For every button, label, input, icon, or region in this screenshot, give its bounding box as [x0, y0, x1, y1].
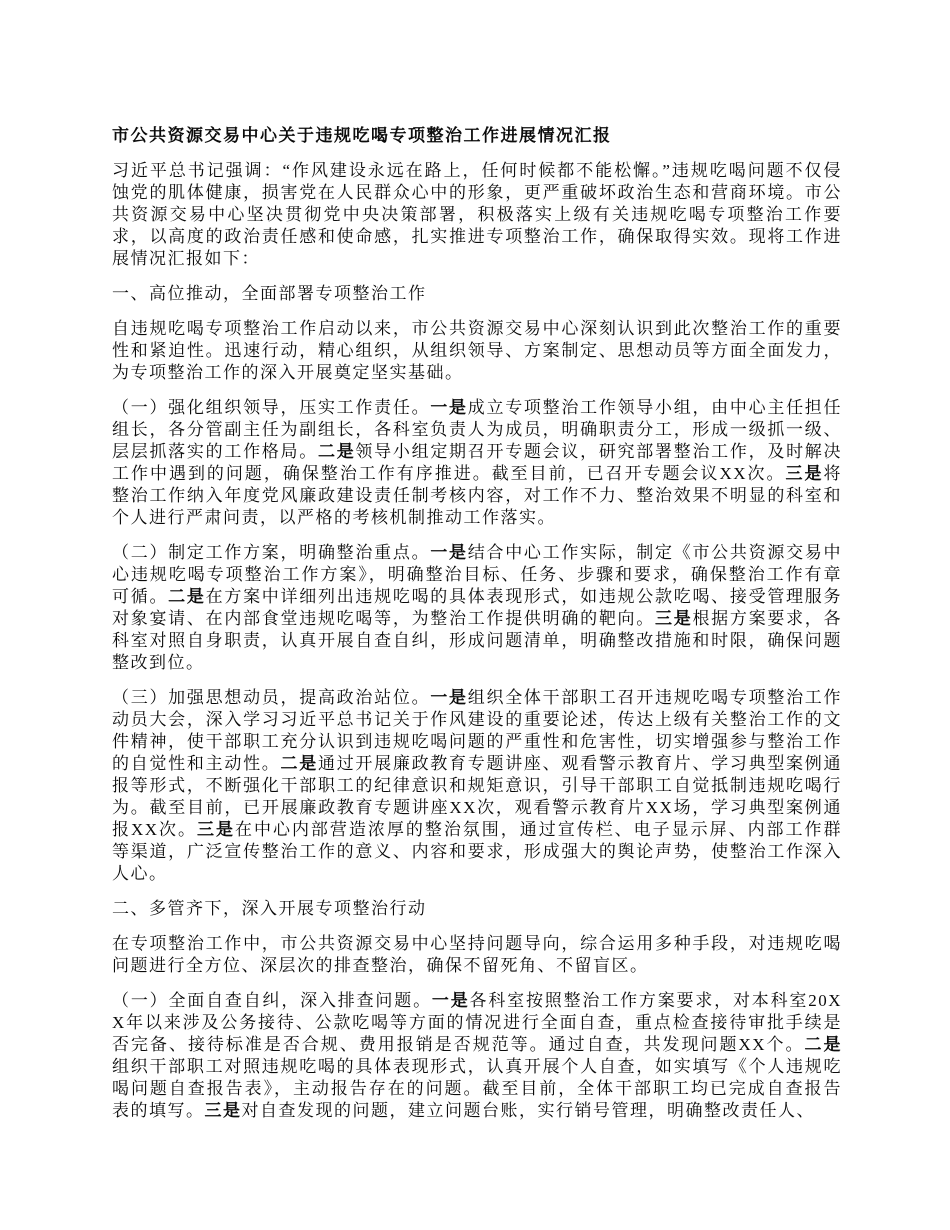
paragraph: （三）加强思想动员，提高政治站位。一是组织全体干部职工召开违规吃喝专项整治工作动… — [112, 687, 842, 885]
bold-text-run: 三是 — [205, 1101, 242, 1120]
bold-text-run: 一是 — [430, 398, 467, 417]
text-run: （一）全面自查自纠，深入排查问题。 — [112, 991, 432, 1010]
paragraph: （一）强化组织领导，压实工作责任。一是成立专项整治工作领导小组，由中心主任担任组… — [112, 397, 842, 529]
bold-text-run: 二是 — [281, 754, 318, 773]
document-body: 习近平总书记强调：“作风建设永远在路上，任何时候都不能松懈。”违规吃喝问题不仅侵… — [112, 160, 842, 1122]
bold-text-run: 三是 — [655, 609, 692, 628]
paragraph: 习近平总书记强调：“作风建设永远在路上，任何时候都不能松懈。”违规吃喝问题不仅侵… — [112, 160, 842, 270]
text-run: 在专项整治工作中，市公共资源交易中心坚持问题导向，综合运用多种手段，对违规吃喝问… — [112, 934, 842, 975]
text-run: 对自查发现的问题，建立问题台账，实行销号管理，明确整改责任人、 — [242, 1101, 816, 1120]
paragraph: 自违规吃喝专项整治工作启动以来，市公共资源交易中心深刻认识到此次整治工作的重要性… — [112, 318, 842, 384]
document-page: 市公共资源交易中心关于违规吃喝专项整治工作进展情况汇报 习近平总书记强调：“作风… — [0, 0, 950, 1230]
text-run: 二、多管齐下，深入开展专项整治行动 — [112, 899, 427, 918]
text-run: 习近平总书记强调：“作风建设永远在路上，任何时候都不能松懈。”违规吃喝问题不仅侵… — [112, 161, 842, 268]
text-run: 一、高位推动，全面部署专项整治工作 — [112, 284, 427, 303]
bold-text-run: 三是 — [197, 820, 235, 839]
paragraph: 在专项整治工作中，市公共资源交易中心坚持问题导向，综合运用多种手段，对违规吃喝问… — [112, 933, 842, 977]
section-heading: 二、多管齐下，深入开展专项整治行动 — [112, 898, 842, 920]
bold-text-run: 二是 — [168, 587, 205, 606]
bold-text-run: 二是 — [805, 1035, 843, 1054]
bold-text-run: 一是 — [430, 688, 467, 707]
document-title: 市公共资源交易中心关于违规吃喝专项整治工作进展情况汇报 — [112, 125, 842, 147]
text-run: （三）加强思想动员，提高政治站位。 — [112, 688, 430, 707]
text-run: （一）强化组织领导，压实工作责任。 — [112, 398, 430, 417]
paragraph: （二）制定工作方案，明确整治重点。一是结合中心工作实际，制定《市公共资源交易中心… — [112, 542, 842, 674]
bold-text-run: 二是 — [318, 442, 355, 461]
bold-text-run: 一是 — [432, 991, 470, 1010]
text-run: 自违规吃喝专项整治工作启动以来，市公共资源交易中心深刻认识到此次整治工作的重要性… — [112, 319, 842, 382]
text-run: （二）制定工作方案，明确整治重点。 — [112, 543, 430, 562]
section-heading: 一、高位推动，全面部署专项整治工作 — [112, 283, 842, 305]
bold-text-run: 三是 — [786, 464, 824, 483]
paragraph: （一）全面自查自纠，深入排查问题。一是各科室按照整治工作方案要求，对本科室20X… — [112, 990, 842, 1122]
bold-text-run: 一是 — [430, 543, 467, 562]
